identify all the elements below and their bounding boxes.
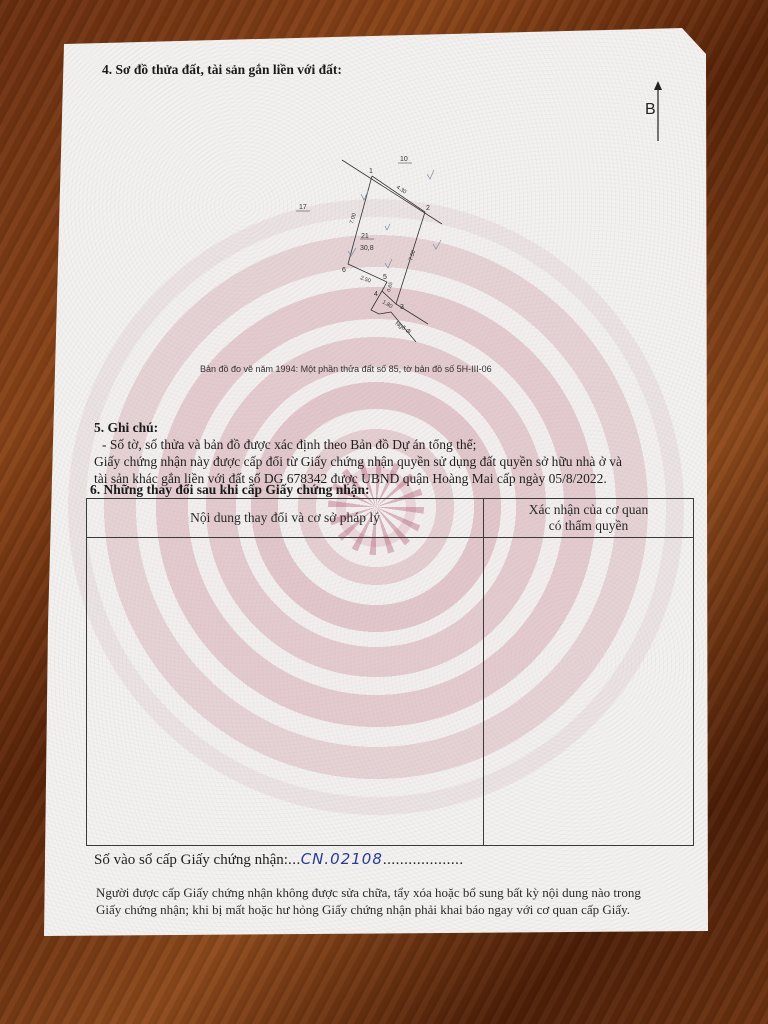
note-line: - Số tờ, số thửa và bản đồ được xác định… — [102, 436, 476, 453]
svg-text:Ngõ đi: Ngõ đi — [394, 321, 412, 336]
table-row — [87, 538, 694, 846]
svg-text:7.00: 7.00 — [349, 213, 358, 225]
note-line: Giấy chứng nhận này được cấp đổi từ Giấy… — [94, 453, 622, 470]
svg-text:2.50: 2.50 — [359, 275, 371, 284]
certificate-page: 4. Sơ đồ thửa đất, tài sản gắn liền với … — [44, 24, 708, 936]
svg-text:1.80: 1.80 — [381, 300, 393, 311]
table-cell-content — [87, 538, 484, 846]
column-header-confirmation: Xác nhận của cơ quancó thẩm quyền — [484, 499, 694, 538]
changes-table: Nội dung thay đổi và cơ sở pháp lý Xác n… — [86, 498, 694, 846]
registry-number: Số vào sổ cấp Giấy chứng nhận:...CN.0210… — [94, 850, 464, 869]
svg-text:0.65: 0.65 — [386, 281, 394, 292]
section-6-title: 6. Những thay đổi sau khi cấp Giấy chứng… — [90, 482, 370, 498]
map-caption: Bản đồ đo vẽ năm 1994: Một phần thửa đất… — [200, 364, 492, 374]
parcel-diagram: 1 2 3 4 5 6 10 17 21 30,8 4.30 7.50 7.00… — [284, 146, 484, 346]
registry-value-handwritten: CN.02108 — [301, 850, 383, 868]
registry-label: Số vào sổ cấp Giấy chứng nhận: — [94, 852, 288, 868]
column-header-content: Nội dung thay đổi và cơ sở pháp lý — [87, 499, 484, 538]
north-label: B — [645, 102, 656, 118]
svg-text:3: 3 — [400, 304, 404, 311]
svg-text:6: 6 — [342, 267, 346, 274]
svg-text:5: 5 — [383, 274, 387, 281]
section-4-title: 4. Sơ đồ thửa đất, tài sản gắn liền với … — [102, 62, 342, 78]
svg-text:30,8: 30,8 — [360, 245, 374, 252]
svg-text:4.30: 4.30 — [395, 185, 407, 196]
svg-text:17: 17 — [299, 204, 307, 211]
svg-text:4: 4 — [374, 291, 378, 298]
table-cell-confirmation — [484, 538, 694, 846]
svg-text:2: 2 — [426, 205, 430, 212]
warning-text: Người được cấp Giấy chứng nhận không đượ… — [96, 884, 641, 918]
svg-text:1: 1 — [369, 168, 373, 175]
section-5-title: 5. Ghi chú: — [94, 420, 158, 436]
svg-text:10: 10 — [400, 156, 408, 163]
svg-text:7.50: 7.50 — [408, 250, 417, 262]
table-header-row: Nội dung thay đổi và cơ sở pháp lý Xác n… — [87, 499, 694, 538]
